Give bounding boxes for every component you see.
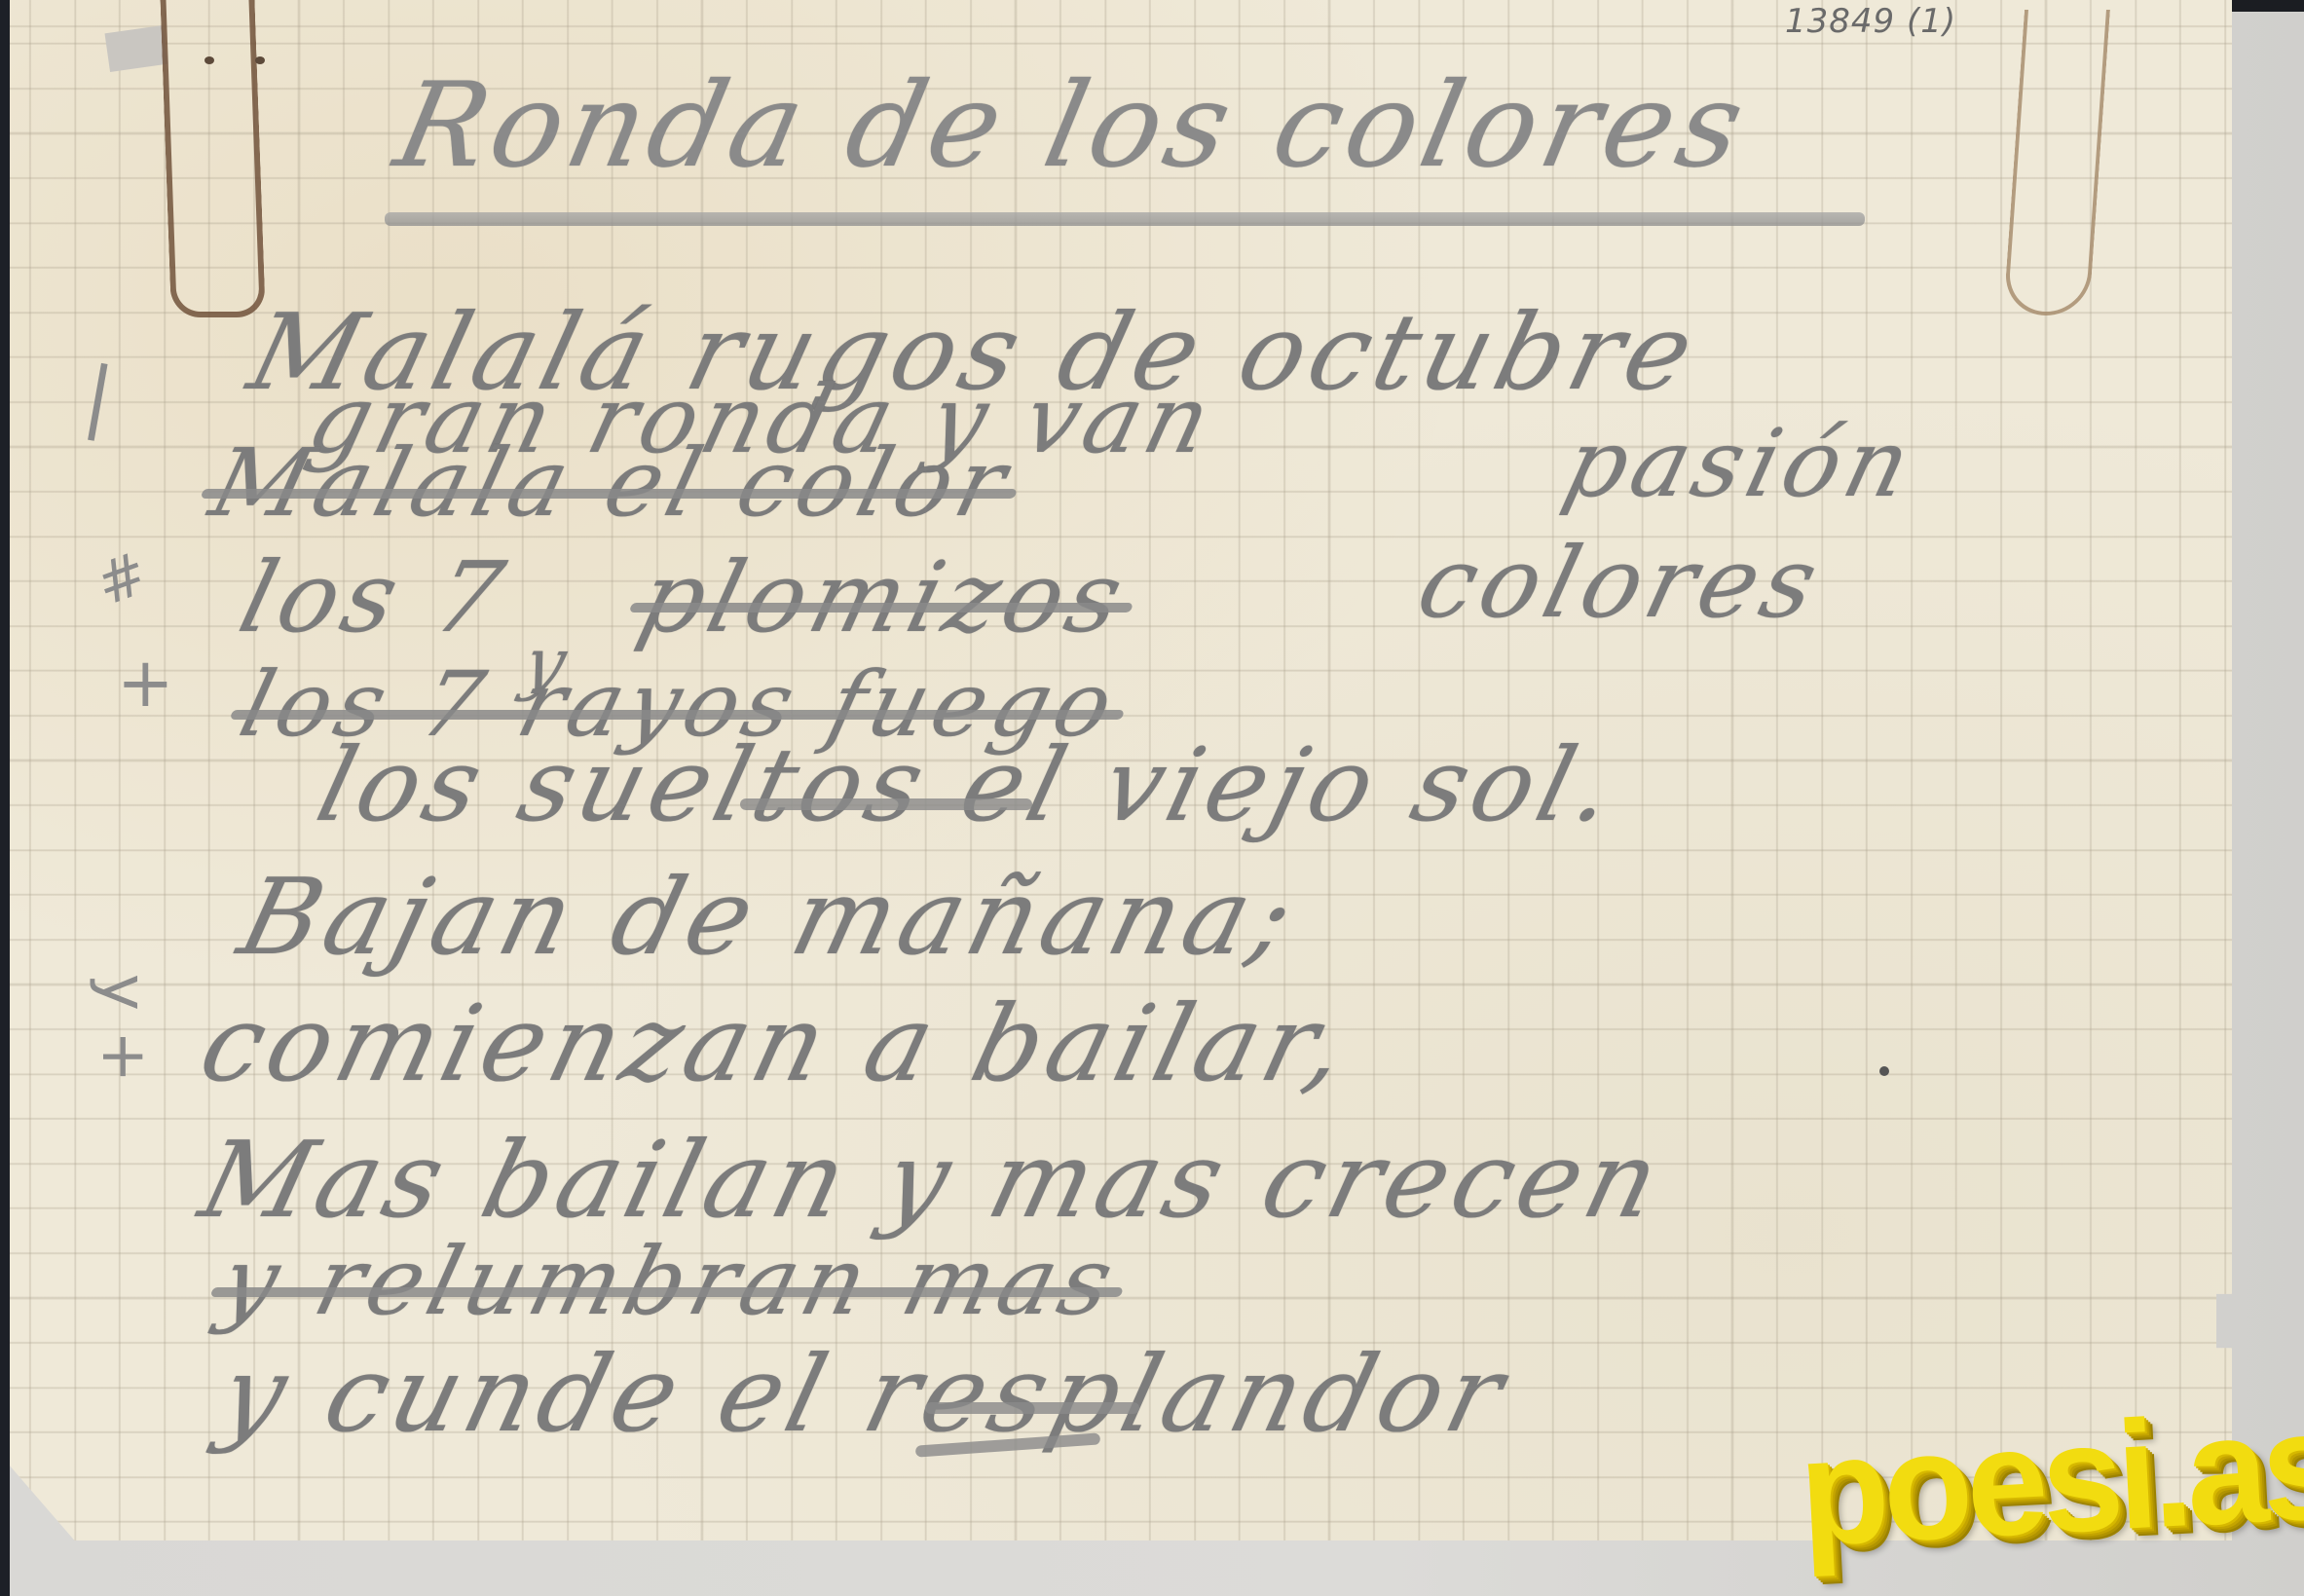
manuscript-line: y cunde el resplandor (208, 1334, 1520, 1456)
manuscript-line: los 7 (229, 540, 519, 654)
scanner-edge-left (0, 0, 10, 1596)
word-underline (925, 1402, 1139, 1414)
manuscript-line: Mas bailan y mas crecen (189, 1120, 1676, 1242)
scanner-edge-top (2230, 0, 2304, 12)
paperclip-mark-left (160, 0, 266, 317)
paper-tear (105, 25, 168, 72)
pencil-dot (1879, 1066, 1889, 1076)
margin-mark: + (117, 643, 174, 723)
manuscript-line: colores (1407, 526, 1834, 640)
title-underline (385, 212, 1865, 226)
manuscript-line: pasión (1554, 409, 1926, 518)
clip-hole (204, 56, 214, 64)
poesias-logo-watermark: poesi.as (1796, 1376, 2304, 1580)
margin-mark: y + (88, 974, 160, 1083)
manuscript-line: Bajan de mañana; (228, 857, 1310, 979)
word-underline (740, 798, 1032, 810)
manuscript-line: comienzan a bailar, (189, 984, 1363, 1105)
manuscript-line-struck: plomizos (628, 540, 1138, 654)
clip-hole (255, 56, 265, 64)
manuscript-line-struck: y relumbran mas (210, 1227, 1129, 1336)
manuscript-title: Ronda de los colores (385, 58, 1760, 194)
manuscript-line-struck: Malala el color (201, 428, 1022, 538)
catalog-number: 13849 (1) (1785, 2, 1956, 41)
manuscript-line: los sueltos el viejo sol. (307, 725, 1631, 844)
